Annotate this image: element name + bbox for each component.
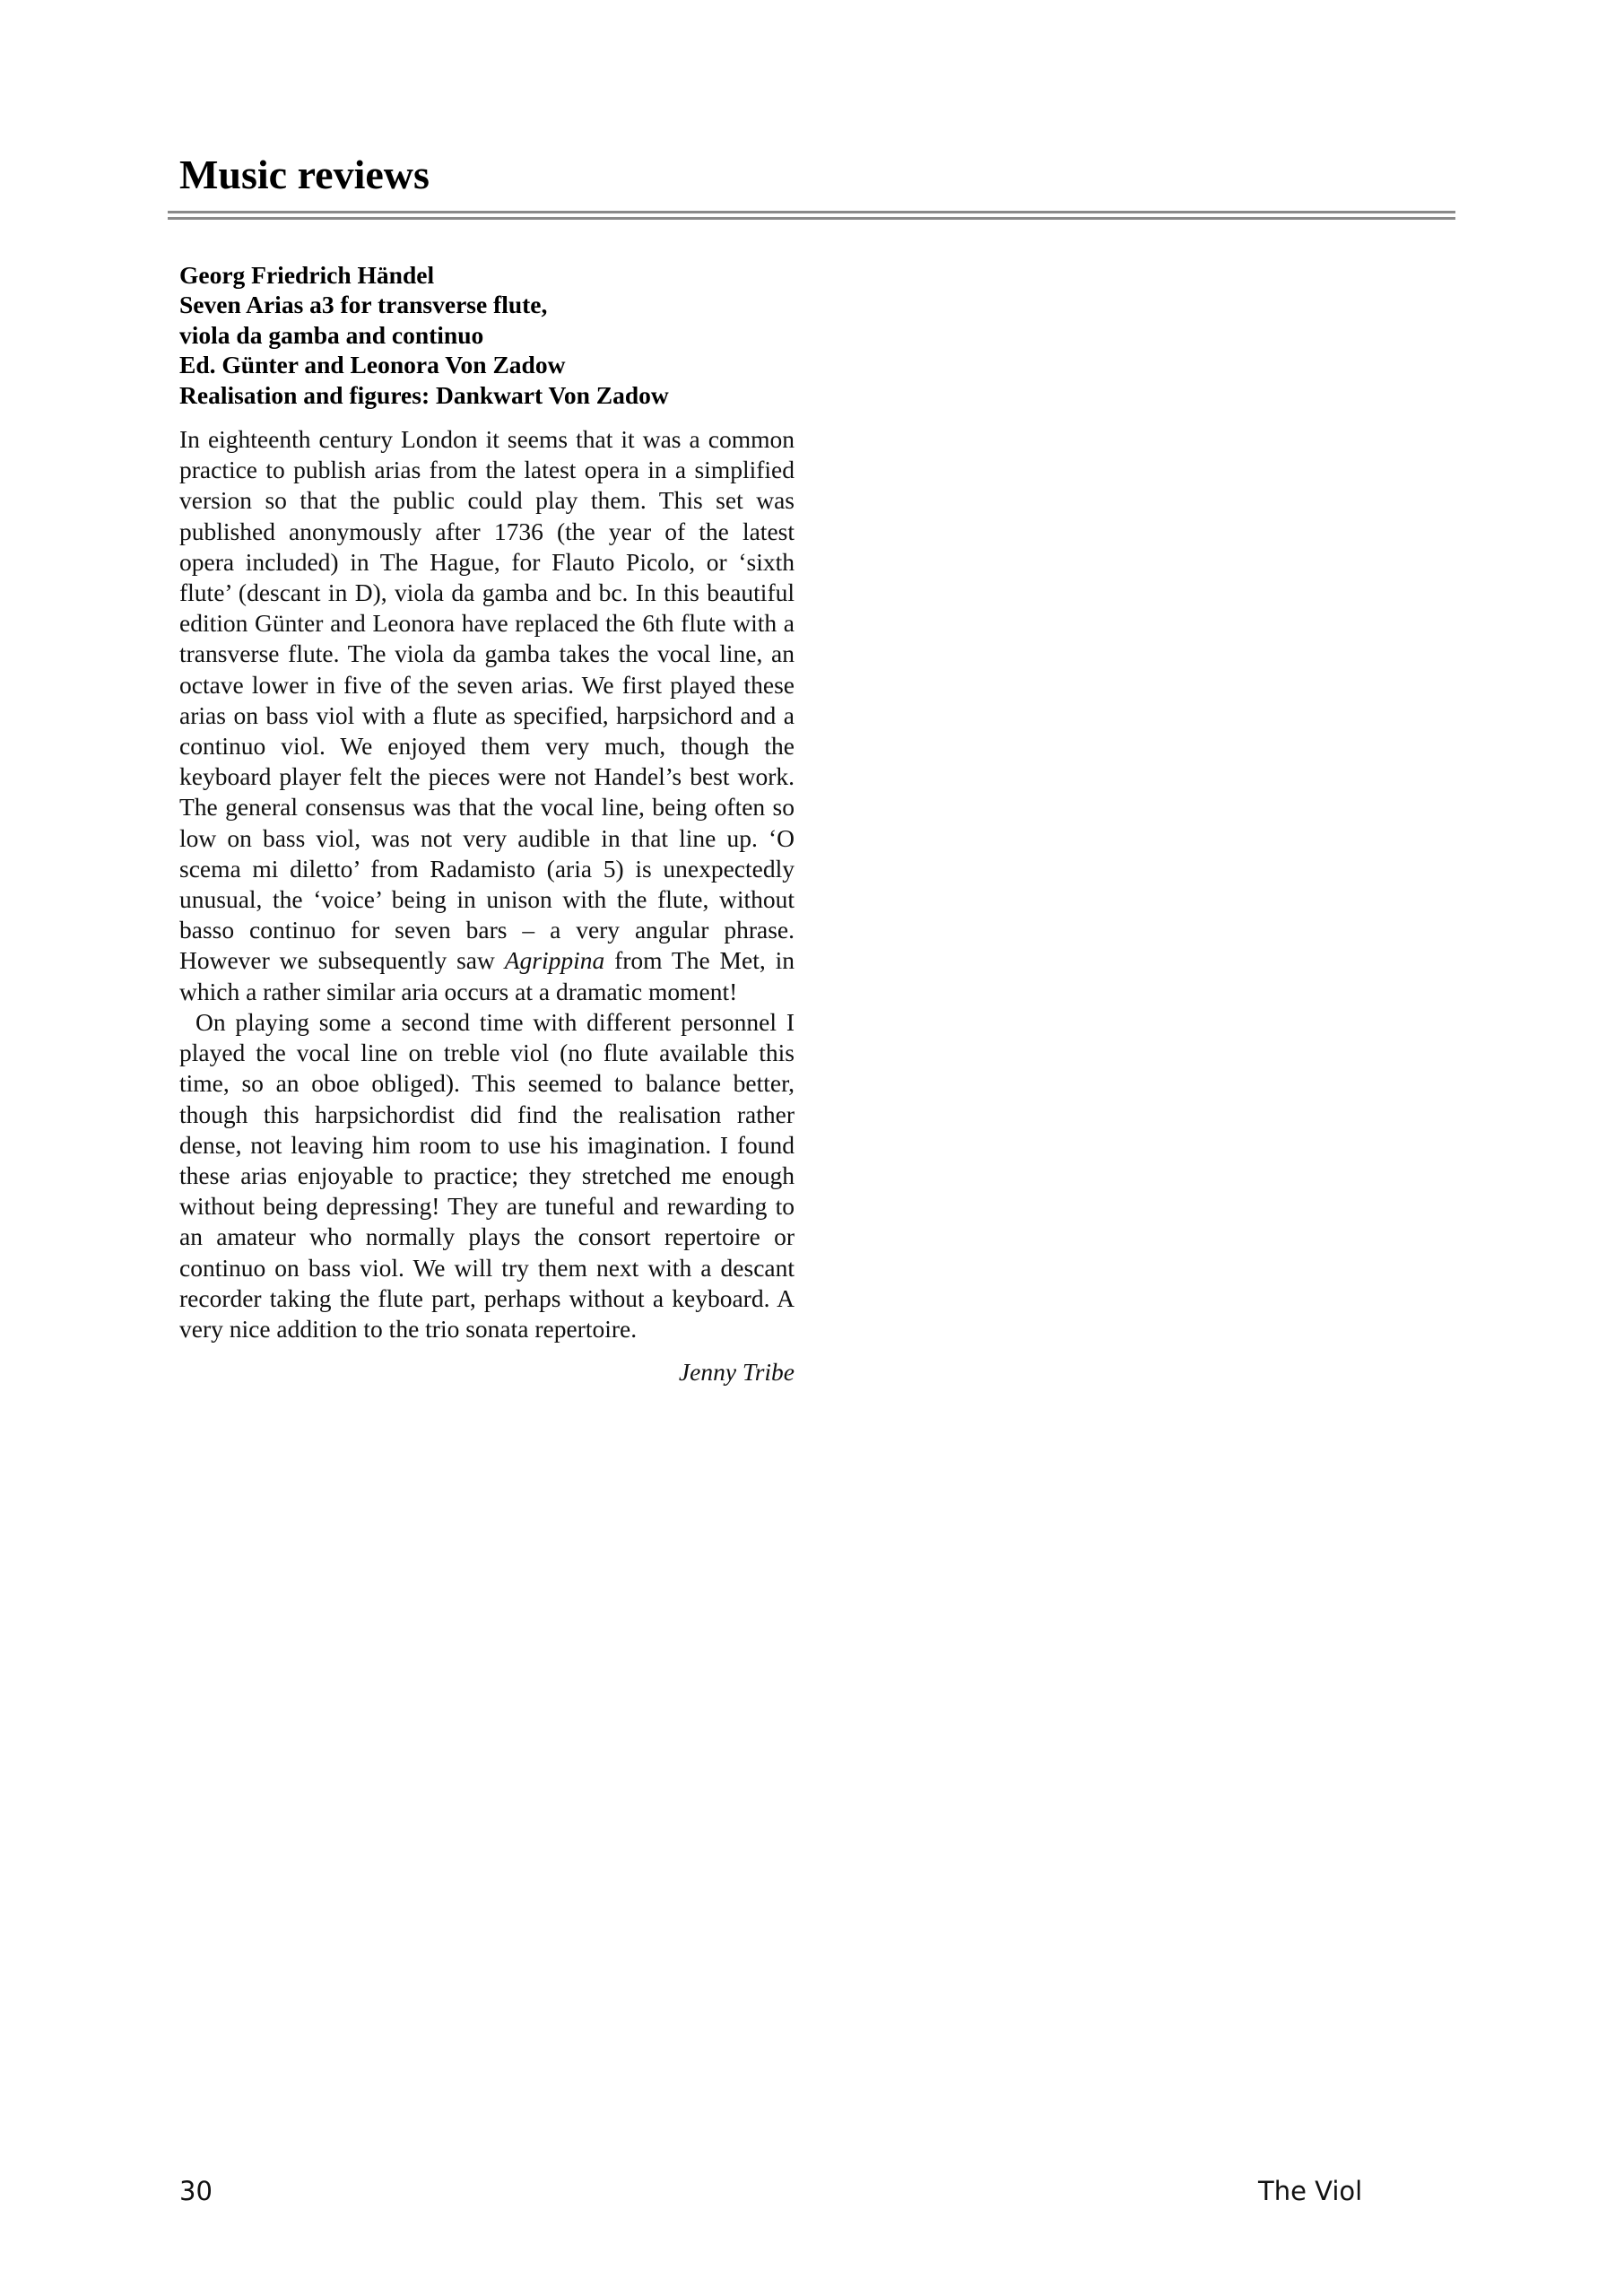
title-double-rule [168, 211, 1455, 221]
footer-page-number: 30 [179, 2175, 213, 2207]
review-title-line-2: viola da gamba and continuo [179, 320, 795, 350]
reviewer-signature: Jenny Tribe [179, 1357, 795, 1387]
review-composer: Georg Friedrich Händel [179, 260, 795, 290]
rule-line-bottom [168, 217, 1455, 220]
section-title: Music reviews [179, 148, 430, 202]
review-paragraph-2: On playing some a second time with diffe… [179, 1007, 795, 1344]
opera-title-italic: Agrippina [505, 946, 605, 974]
footer-journal-name: The Viol [1258, 2175, 1362, 2207]
rule-line-top [168, 211, 1455, 213]
review-realisation-credit: Realisation and figures: Dankwart Von Za… [179, 380, 795, 410]
review-article: Georg Friedrich Händel Seven Arias a3 fo… [179, 260, 795, 1387]
review-title-line-1: Seven Arias a3 for transverse flute, [179, 290, 795, 319]
paragraph-1-text-a: In eighteenth century London it seems th… [179, 425, 795, 974]
review-paragraph-1: In eighteenth century London it seems th… [179, 424, 795, 1007]
review-header: Georg Friedrich Händel Seven Arias a3 fo… [179, 260, 795, 410]
review-editors: Ed. Günter and Leonora Von Zadow [179, 350, 795, 379]
review-body: In eighteenth century London it seems th… [179, 424, 795, 1344]
